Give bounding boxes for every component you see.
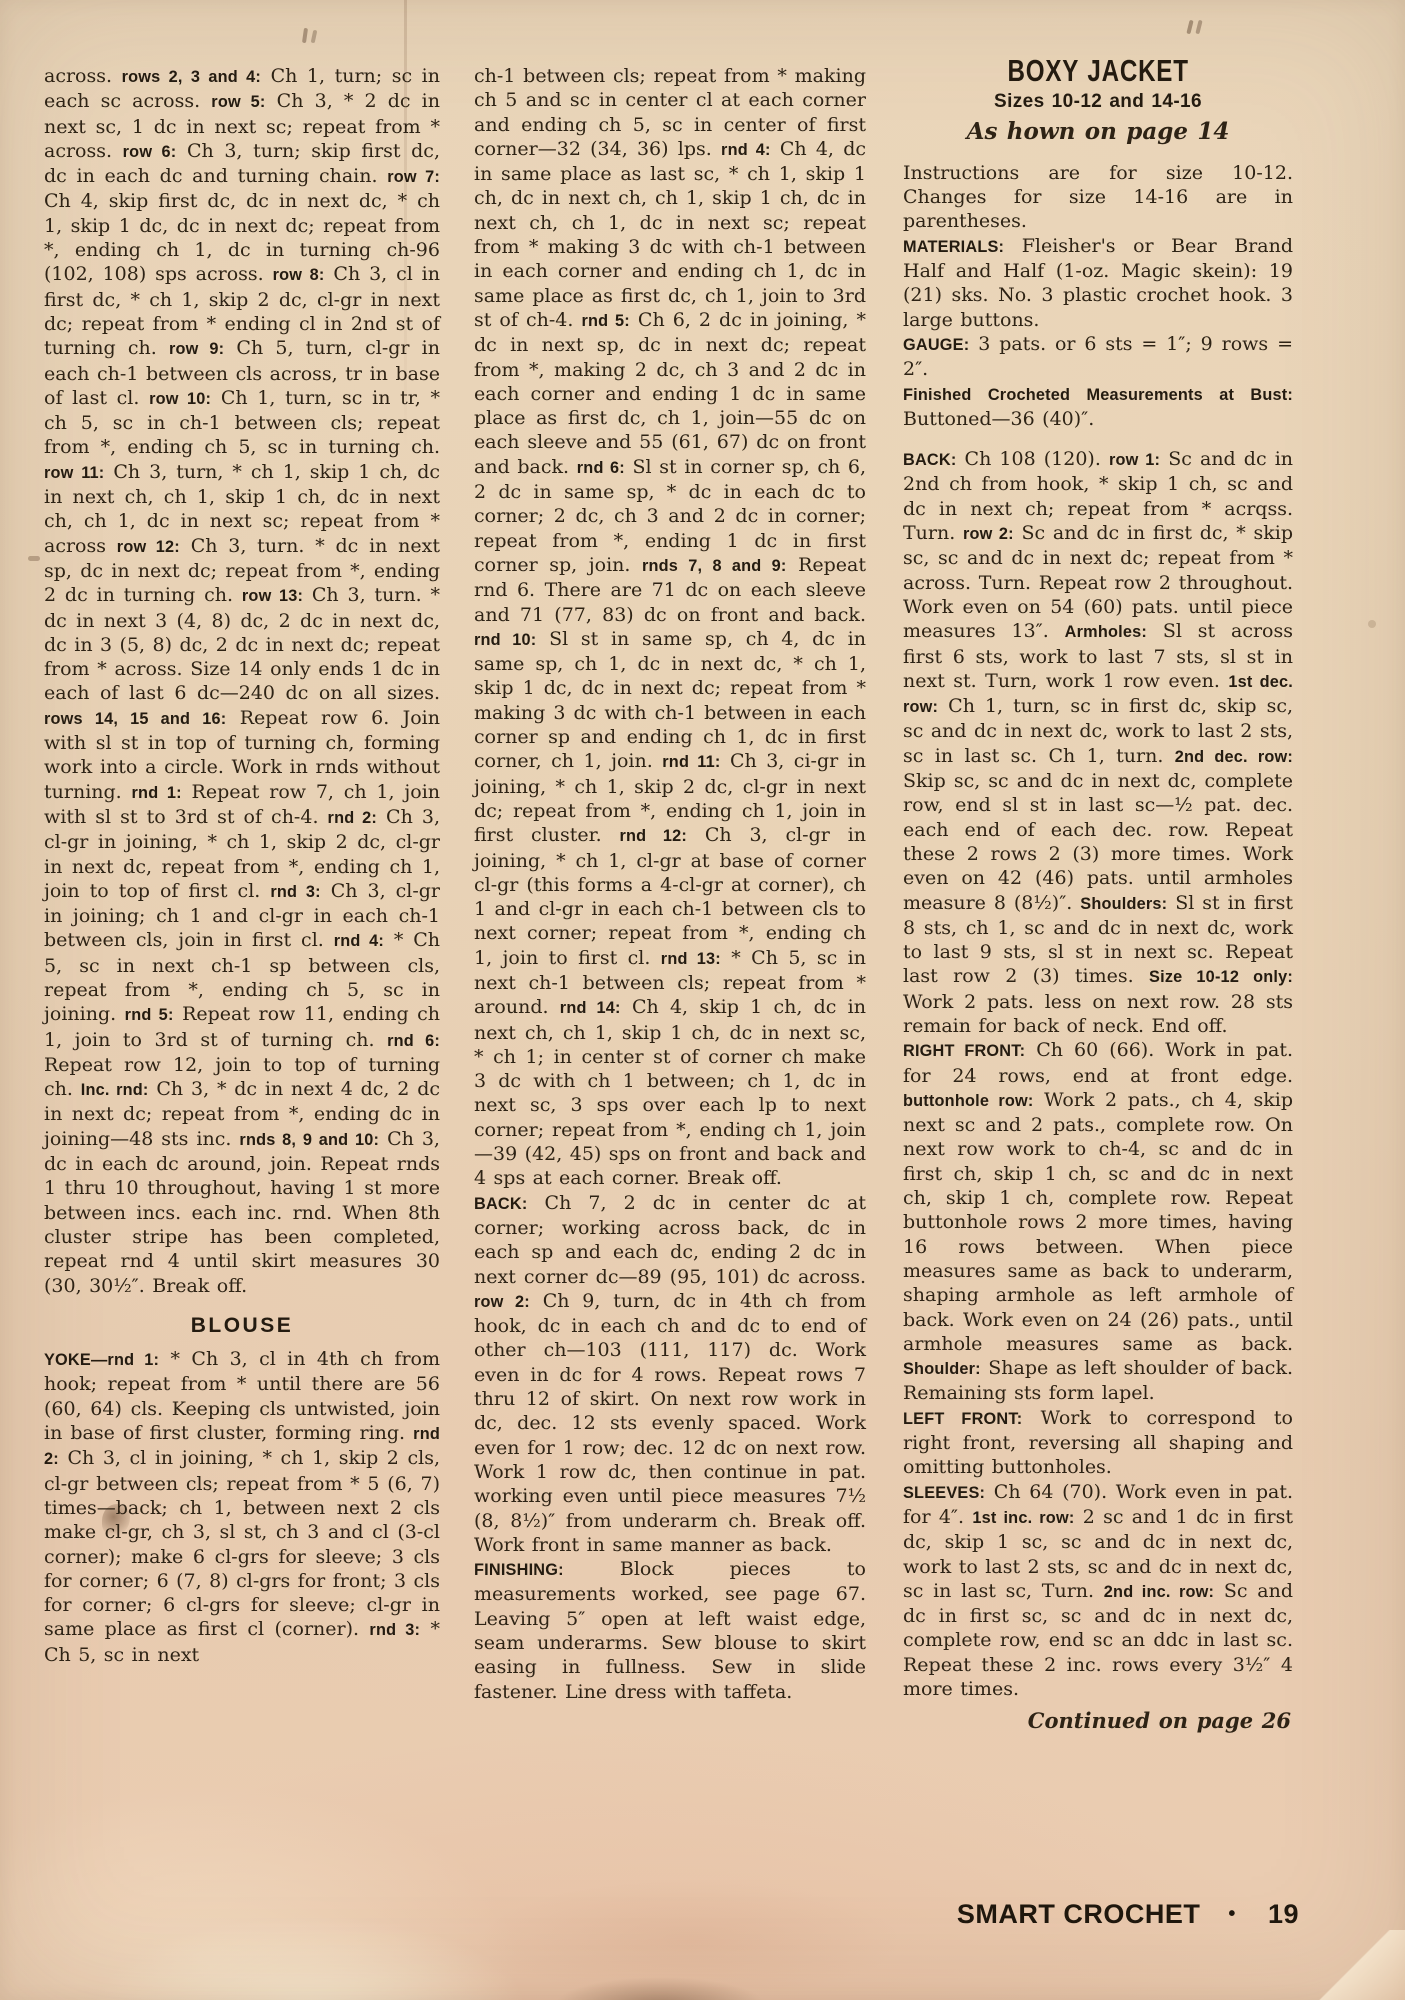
- pattern-step-label: row 1:: [1109, 451, 1160, 469]
- pattern-step-label: BACK:: [903, 451, 956, 469]
- paper-smudge: [302, 28, 308, 43]
- pattern-step-label: row 11:: [44, 464, 104, 482]
- continued-note: Continued on page 26: [903, 1709, 1293, 1733]
- pattern-step-label: Inc. rnd:: [81, 1081, 149, 1099]
- pattern-step-label: 2nd inc. row:: [1104, 1583, 1214, 1601]
- article-shown-note: As hown on page 14: [903, 120, 1293, 144]
- pattern-step-label: row 8:: [273, 266, 325, 284]
- pattern-step-label: rows 14, 15 and 16:: [44, 710, 226, 728]
- pattern-step-label: rnd 3:: [270, 883, 320, 901]
- pattern-step-label: Shoulders:: [1080, 895, 1167, 913]
- pattern-step-label: rnds 8, 9 and 10:: [239, 1131, 379, 1149]
- pattern-step-label: YOKE—rnd 1:: [44, 1351, 159, 1369]
- pattern-paragraph: BACK: Ch 7, 2 dc in center dc at corner;…: [474, 1191, 866, 1557]
- pattern-paragraph: Finished Crocheted Measurements at Bust:…: [903, 382, 1293, 432]
- pattern-step-label: row 2:: [963, 525, 1014, 543]
- article-title: BOXY JACKET: [1007, 56, 1188, 86]
- pattern-step-label: rnd 6:: [387, 1032, 440, 1050]
- pattern-step-label: row 12:: [117, 538, 180, 556]
- pattern-step-label: row 7:: [387, 168, 440, 186]
- pattern-step-label: rnd 10:: [474, 631, 536, 649]
- article-header: BOXY JACKET Sizes 10-12 and 14-16 As how…: [903, 56, 1293, 144]
- footer-bullet: •: [1228, 1903, 1236, 1926]
- pattern-step-label: GAUGE:: [903, 336, 969, 354]
- pattern-step-label: LEFT FRONT:: [903, 1410, 1022, 1428]
- pattern-step-label: rnd 4:: [721, 141, 771, 159]
- pattern-step-label: 2nd dec. row:: [1175, 748, 1293, 766]
- pattern-step-label: rnds 7, 8 and 9:: [642, 557, 787, 575]
- pattern-step-label: RIGHT FRONT:: [903, 1042, 1025, 1060]
- pattern-paragraph: YOKE—rnd 1: * Ch 3, cl in 4th ch from ho…: [44, 1347, 440, 1667]
- page-number: 19: [1268, 1899, 1299, 1929]
- paper-stain: [480, 1880, 900, 2000]
- pattern-paragraph: SLEEVES: Ch 64 (70). Work even in pat. f…: [903, 1480, 1293, 1702]
- pattern-step-label: row 2:: [474, 1293, 530, 1311]
- pattern-step-label: rnd 5:: [581, 312, 629, 330]
- paper-smudge: [1186, 20, 1193, 35]
- pattern-step-label: rnd 11:: [662, 753, 720, 771]
- pattern-step-label: MATERIALS:: [903, 238, 1004, 256]
- pattern-step-label: 1st inc. row:: [972, 1509, 1074, 1527]
- paper-speck: [1368, 620, 1376, 628]
- pattern-step-label: rnd 12:: [619, 827, 687, 845]
- page-footer: SMART CROCHET • 19: [903, 1899, 1299, 1930]
- pattern-step-label: rnd 6:: [577, 459, 625, 477]
- paper-smudge: [1195, 20, 1202, 35]
- pattern-step-label: rnd 13:: [661, 950, 721, 968]
- pattern-step-label: rows 2, 3 and 4:: [122, 68, 261, 86]
- paper-smudge: [311, 30, 318, 44]
- pattern-step-label: row 5:: [211, 93, 265, 111]
- pattern-step-label: rnd 1:: [132, 784, 182, 802]
- pattern-paragraph: across. rows 2, 3 and 4: Ch 1, turn; sc …: [44, 64, 440, 1298]
- article-body: Instructions are for size 10-12. Changes…: [903, 161, 1293, 1701]
- pattern-step-label: Armholes:: [1065, 623, 1147, 641]
- pattern-paragraph: LEFT FRONT: Work to correspond to right …: [903, 1406, 1293, 1480]
- pattern-paragraph: RIGHT FRONT: Ch 60 (66). Work in pat. fo…: [903, 1038, 1293, 1405]
- pattern-step-label: row 6:: [123, 143, 177, 161]
- pattern-step-label: Size 10-12 only:: [1149, 968, 1293, 986]
- article-sizes: Sizes 10-12 and 14-16: [903, 90, 1293, 114]
- section-heading: BLOUSE: [44, 1314, 440, 1338]
- pattern-paragraph: Instructions are for size 10-12. Changes…: [903, 161, 1293, 234]
- pattern-step-label: Shoulder:: [903, 1360, 981, 1378]
- page-corner-fold: [1295, 1930, 1405, 2000]
- pattern-step-label: SLEEVES:: [903, 1484, 985, 1502]
- pattern-paragraph: MATERIALS: Fleisher's or Bear Brand Half…: [903, 234, 1293, 332]
- pattern-step-label: Finished Crocheted Measurements at Bust:: [903, 386, 1293, 404]
- pattern-step-label: row 9:: [169, 340, 224, 358]
- column-skirt-and-blouse: across. rows 2, 3 and 4: Ch 1, turn; sc …: [44, 64, 440, 1667]
- paper-speck: [28, 556, 40, 561]
- column-boxy-jacket: BOXY JACKET Sizes 10-12 and 14-16 As how…: [903, 56, 1293, 1734]
- pattern-step-label: rnd 2:: [328, 809, 377, 827]
- pattern-step-label: row 10:: [149, 390, 211, 408]
- pattern-step-label: row 13:: [242, 587, 303, 605]
- pattern-paragraph: GAUGE: 3 pats. or 6 sts = 1″; 9 rows = 2…: [903, 332, 1293, 382]
- pattern-step-label: BACK:: [474, 1195, 527, 1213]
- pattern-paragraph: FINISHING: Block pieces to measurements …: [474, 1557, 866, 1704]
- pattern-step-label: buttonhole row:: [903, 1092, 1034, 1110]
- pattern-step-label: FINISHING:: [474, 1561, 564, 1579]
- pattern-step-label: rnd 3:: [369, 1621, 420, 1639]
- column-blouse-continuation: ch-1 between cls; repeat from * making c…: [474, 64, 866, 1704]
- magazine-name: SMART CROCHET: [957, 1899, 1201, 1929]
- pattern-paragraph: ch-1 between cls; repeat from * making c…: [474, 64, 866, 1191]
- pattern-paragraph: BACK: Ch 108 (120). row 1: Sc and dc in …: [903, 447, 1293, 1038]
- pattern-step-label: rnd 14:: [560, 999, 621, 1017]
- pattern-step-label: rnd 4:: [334, 932, 384, 950]
- pattern-step-label: rnd 5:: [125, 1006, 174, 1024]
